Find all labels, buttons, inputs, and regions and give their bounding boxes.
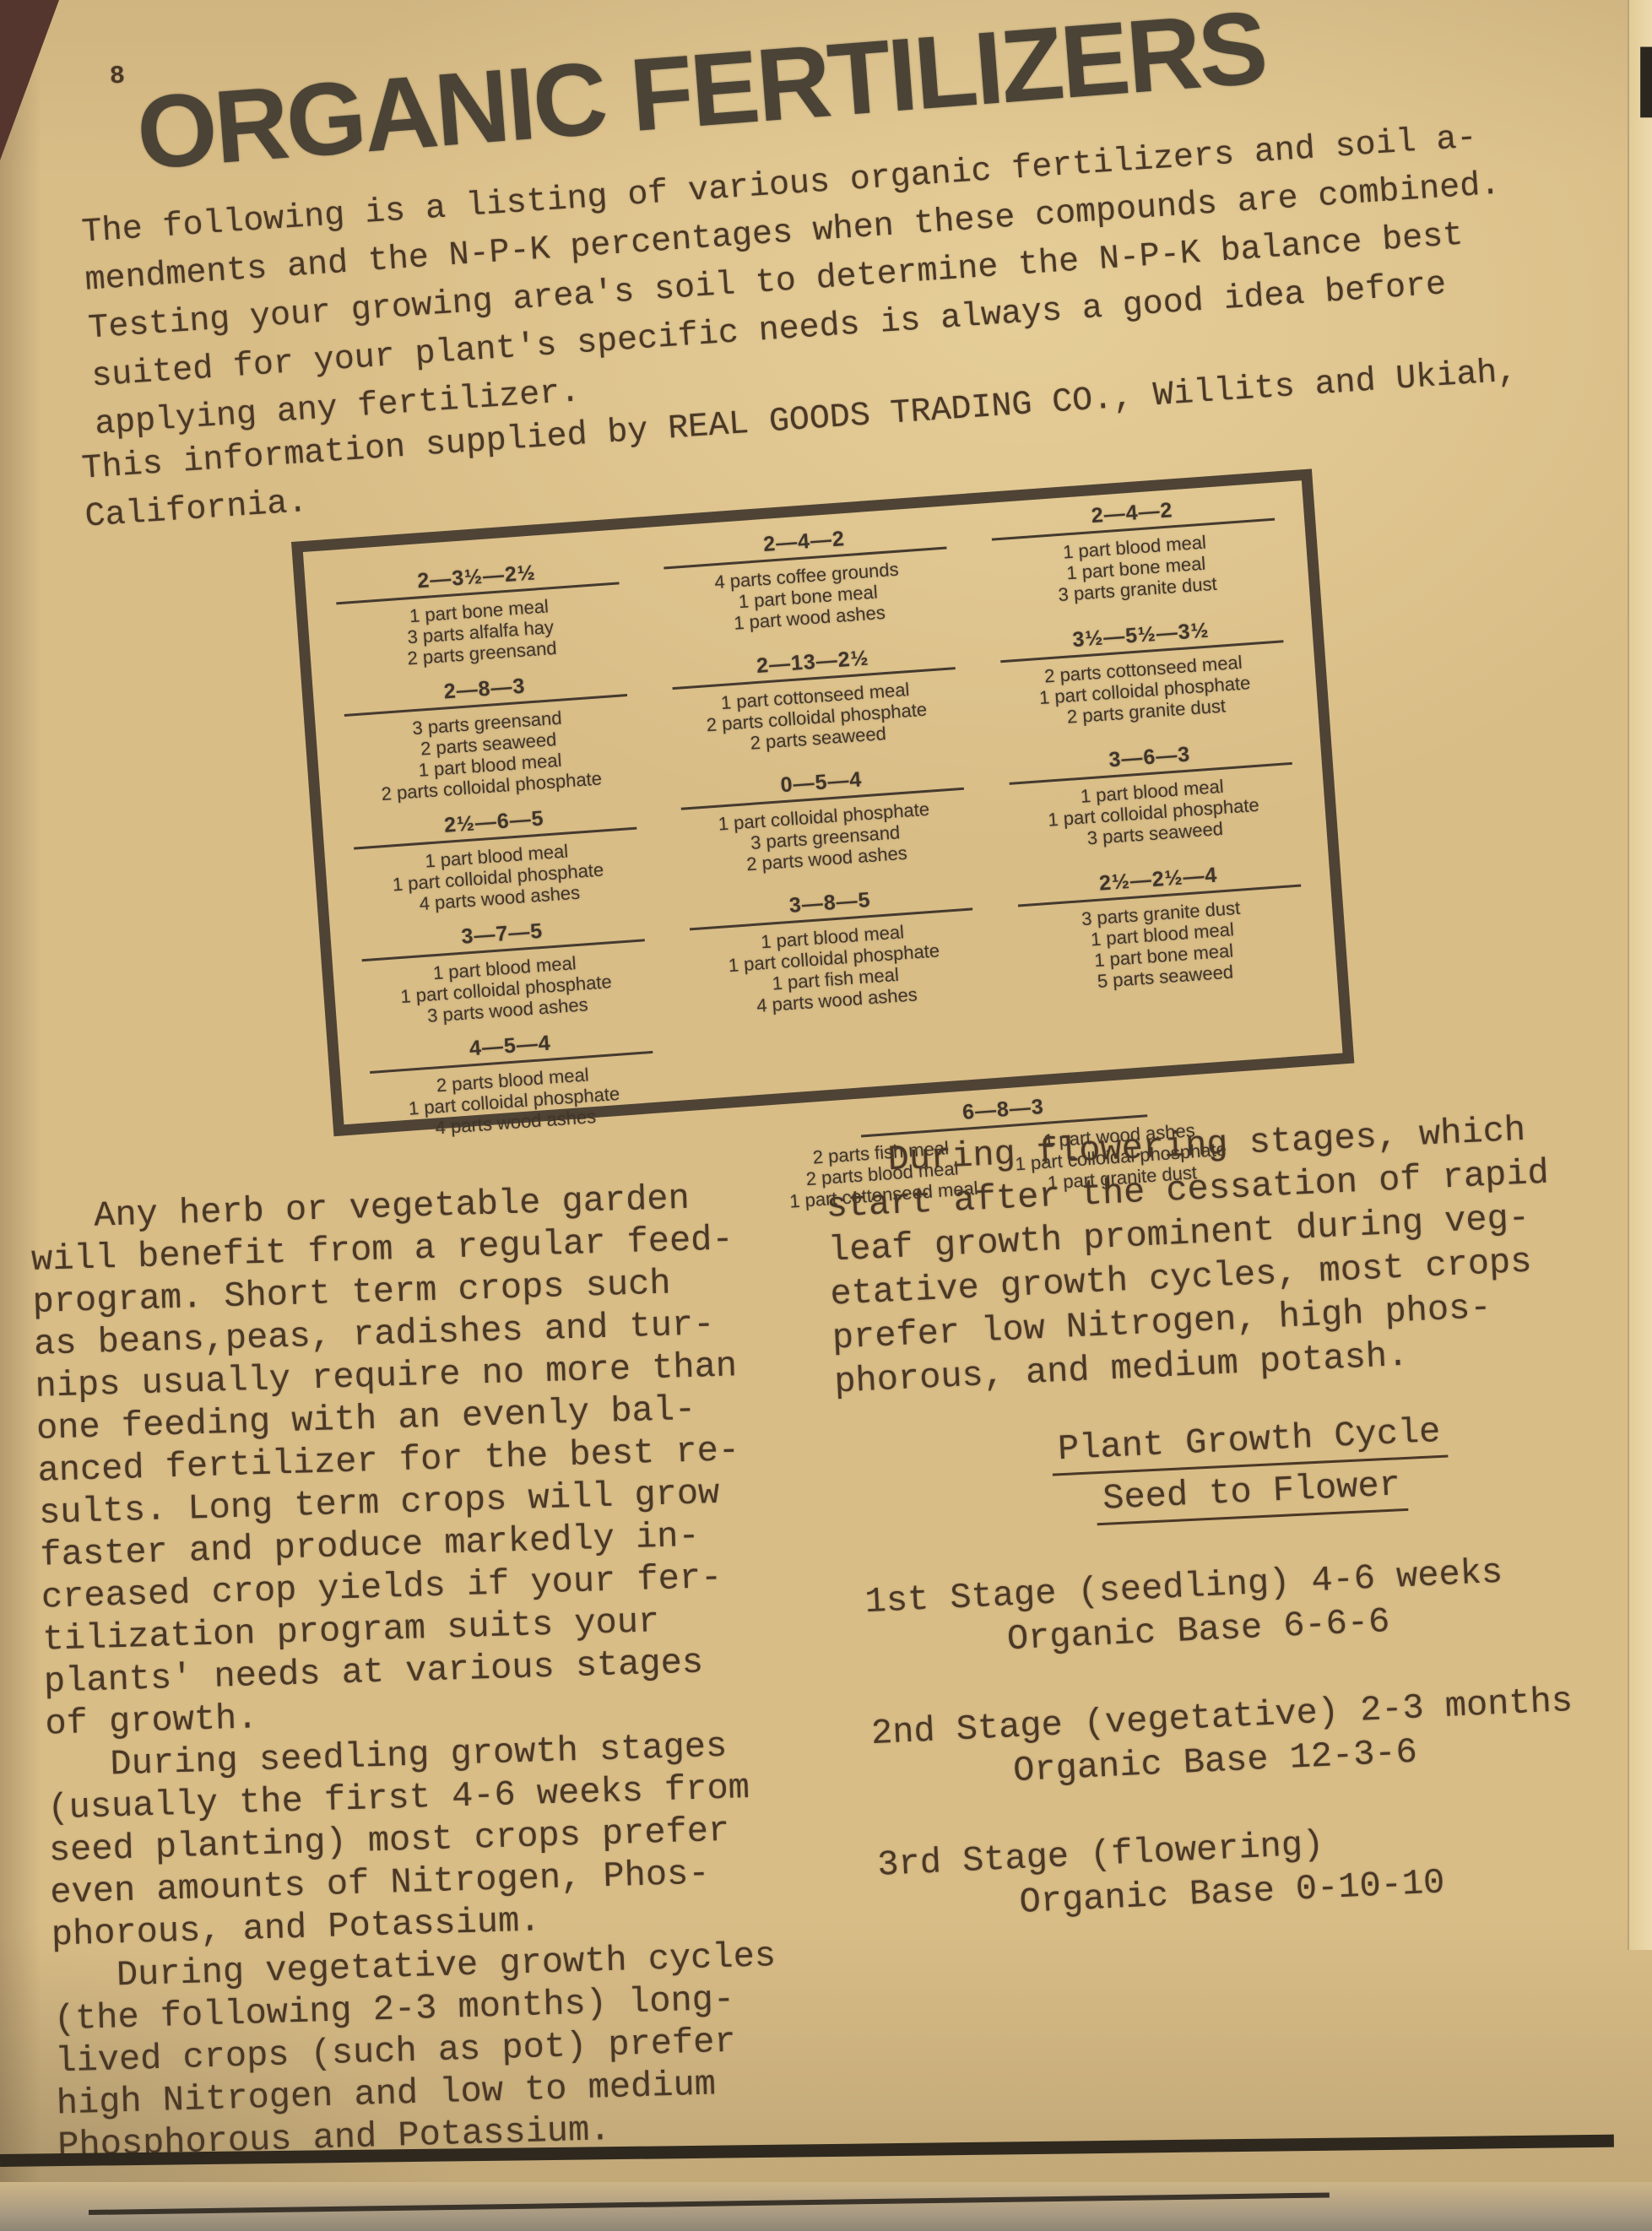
recipe: 2—4—2 4 parts coffee grounds 1 part bone… — [639, 518, 974, 641]
paragraph-flowering-stage: During flowering stages, which start aft… — [823, 1102, 1652, 1405]
body-right-column: During flowering stages, which start aft… — [823, 1102, 1652, 1976]
recipe-ingredients: 1 part blood meal 1 part colloidal phosp… — [668, 914, 1002, 1022]
table-column-3: 2—4—2 1 part blood meal 1 part bone meal… — [967, 490, 1338, 1097]
recipe: 2—13—2½ 1 part cottonseed meal 2 parts c… — [647, 638, 983, 761]
fertilizer-recipe-table: 2—3½—2½ 1 part bone meal 3 parts alfalfa… — [291, 468, 1354, 1136]
recipe: 2—8—3 3 parts greensand 2 parts seaweed … — [320, 665, 657, 809]
page-number: 8 — [109, 62, 126, 92]
paragraph-feeding-program: Any herb or vegetable garden will benefi… — [30, 1174, 810, 1746]
paragraph-seedling-stage: During seedling growth stages (usually t… — [46, 1723, 815, 1957]
photo-corner-shadow — [0, 0, 59, 160]
recipe: 3—7—5 1 part blood meal 1 part colloidal… — [337, 910, 672, 1032]
recipe: 2½—2½—4 3 parts granite dust 1 part bloo… — [994, 856, 1330, 999]
recipe-ingredients: 3 parts granite dust 1 part blood meal 1… — [996, 891, 1330, 999]
table-column-2: 2—4—2 4 parts coffee grounds 1 part bone… — [639, 513, 1010, 1121]
stage-item: 2nd Stage (vegetative) 2-3 months Organi… — [850, 1674, 1652, 1801]
stage-item: 1st Stage (seedling) 4-6 weeks Organic B… — [844, 1542, 1652, 1669]
scanned-page: F 8 ORGANIC FERTILIZERS The following is… — [0, 0, 1652, 2231]
recipe: 3½—5½—3½ 2 parts cottonseed meal 1 part … — [976, 611, 1311, 734]
page-bottom-edge — [0, 2182, 1652, 2231]
recipe: 0—5—4 1 part colloidal phosphate 3 parts… — [656, 759, 991, 881]
paragraph-vegetative-stage: During vegetative growth cycles (the fol… — [52, 1934, 822, 2168]
table-columns-row: 2—3½—2½ 1 part bone meal 3 parts alfalfa… — [311, 490, 1338, 1145]
recipe-ingredients: 3 parts greensand 2 parts seaweed 1 part… — [322, 701, 657, 809]
recipe: 3—8—5 1 part blood meal 1 part colloidal… — [665, 880, 1002, 1023]
recipe: 2½—6—5 1 part blood meal 1 part colloida… — [329, 799, 664, 921]
growth-cycle-subheading: Seed to Flower — [1095, 1463, 1408, 1525]
table-column-1: 2—3½—2½ 1 part bone meal 3 parts alfalfa… — [311, 537, 681, 1145]
recipe: 4—5—4 2 parts blood meal 1 part colloida… — [345, 1022, 680, 1145]
adjacent-page-partial-letter: F — [1633, 30, 1652, 133]
recipe: 2—4—2 1 part blood meal 1 part bone meal… — [967, 490, 1303, 612]
stage-item: 3rd Stage (flowering) Organic Base 0-10-… — [856, 1806, 1652, 1932]
recipe: 3—6—3 1 part blood meal 1 part colloidal… — [984, 734, 1319, 856]
body-left-column: Any herb or vegetable garden will benefi… — [30, 1174, 822, 2167]
recipe: 2—3½—2½ 1 part bone meal 3 parts alfalfa… — [311, 554, 647, 676]
